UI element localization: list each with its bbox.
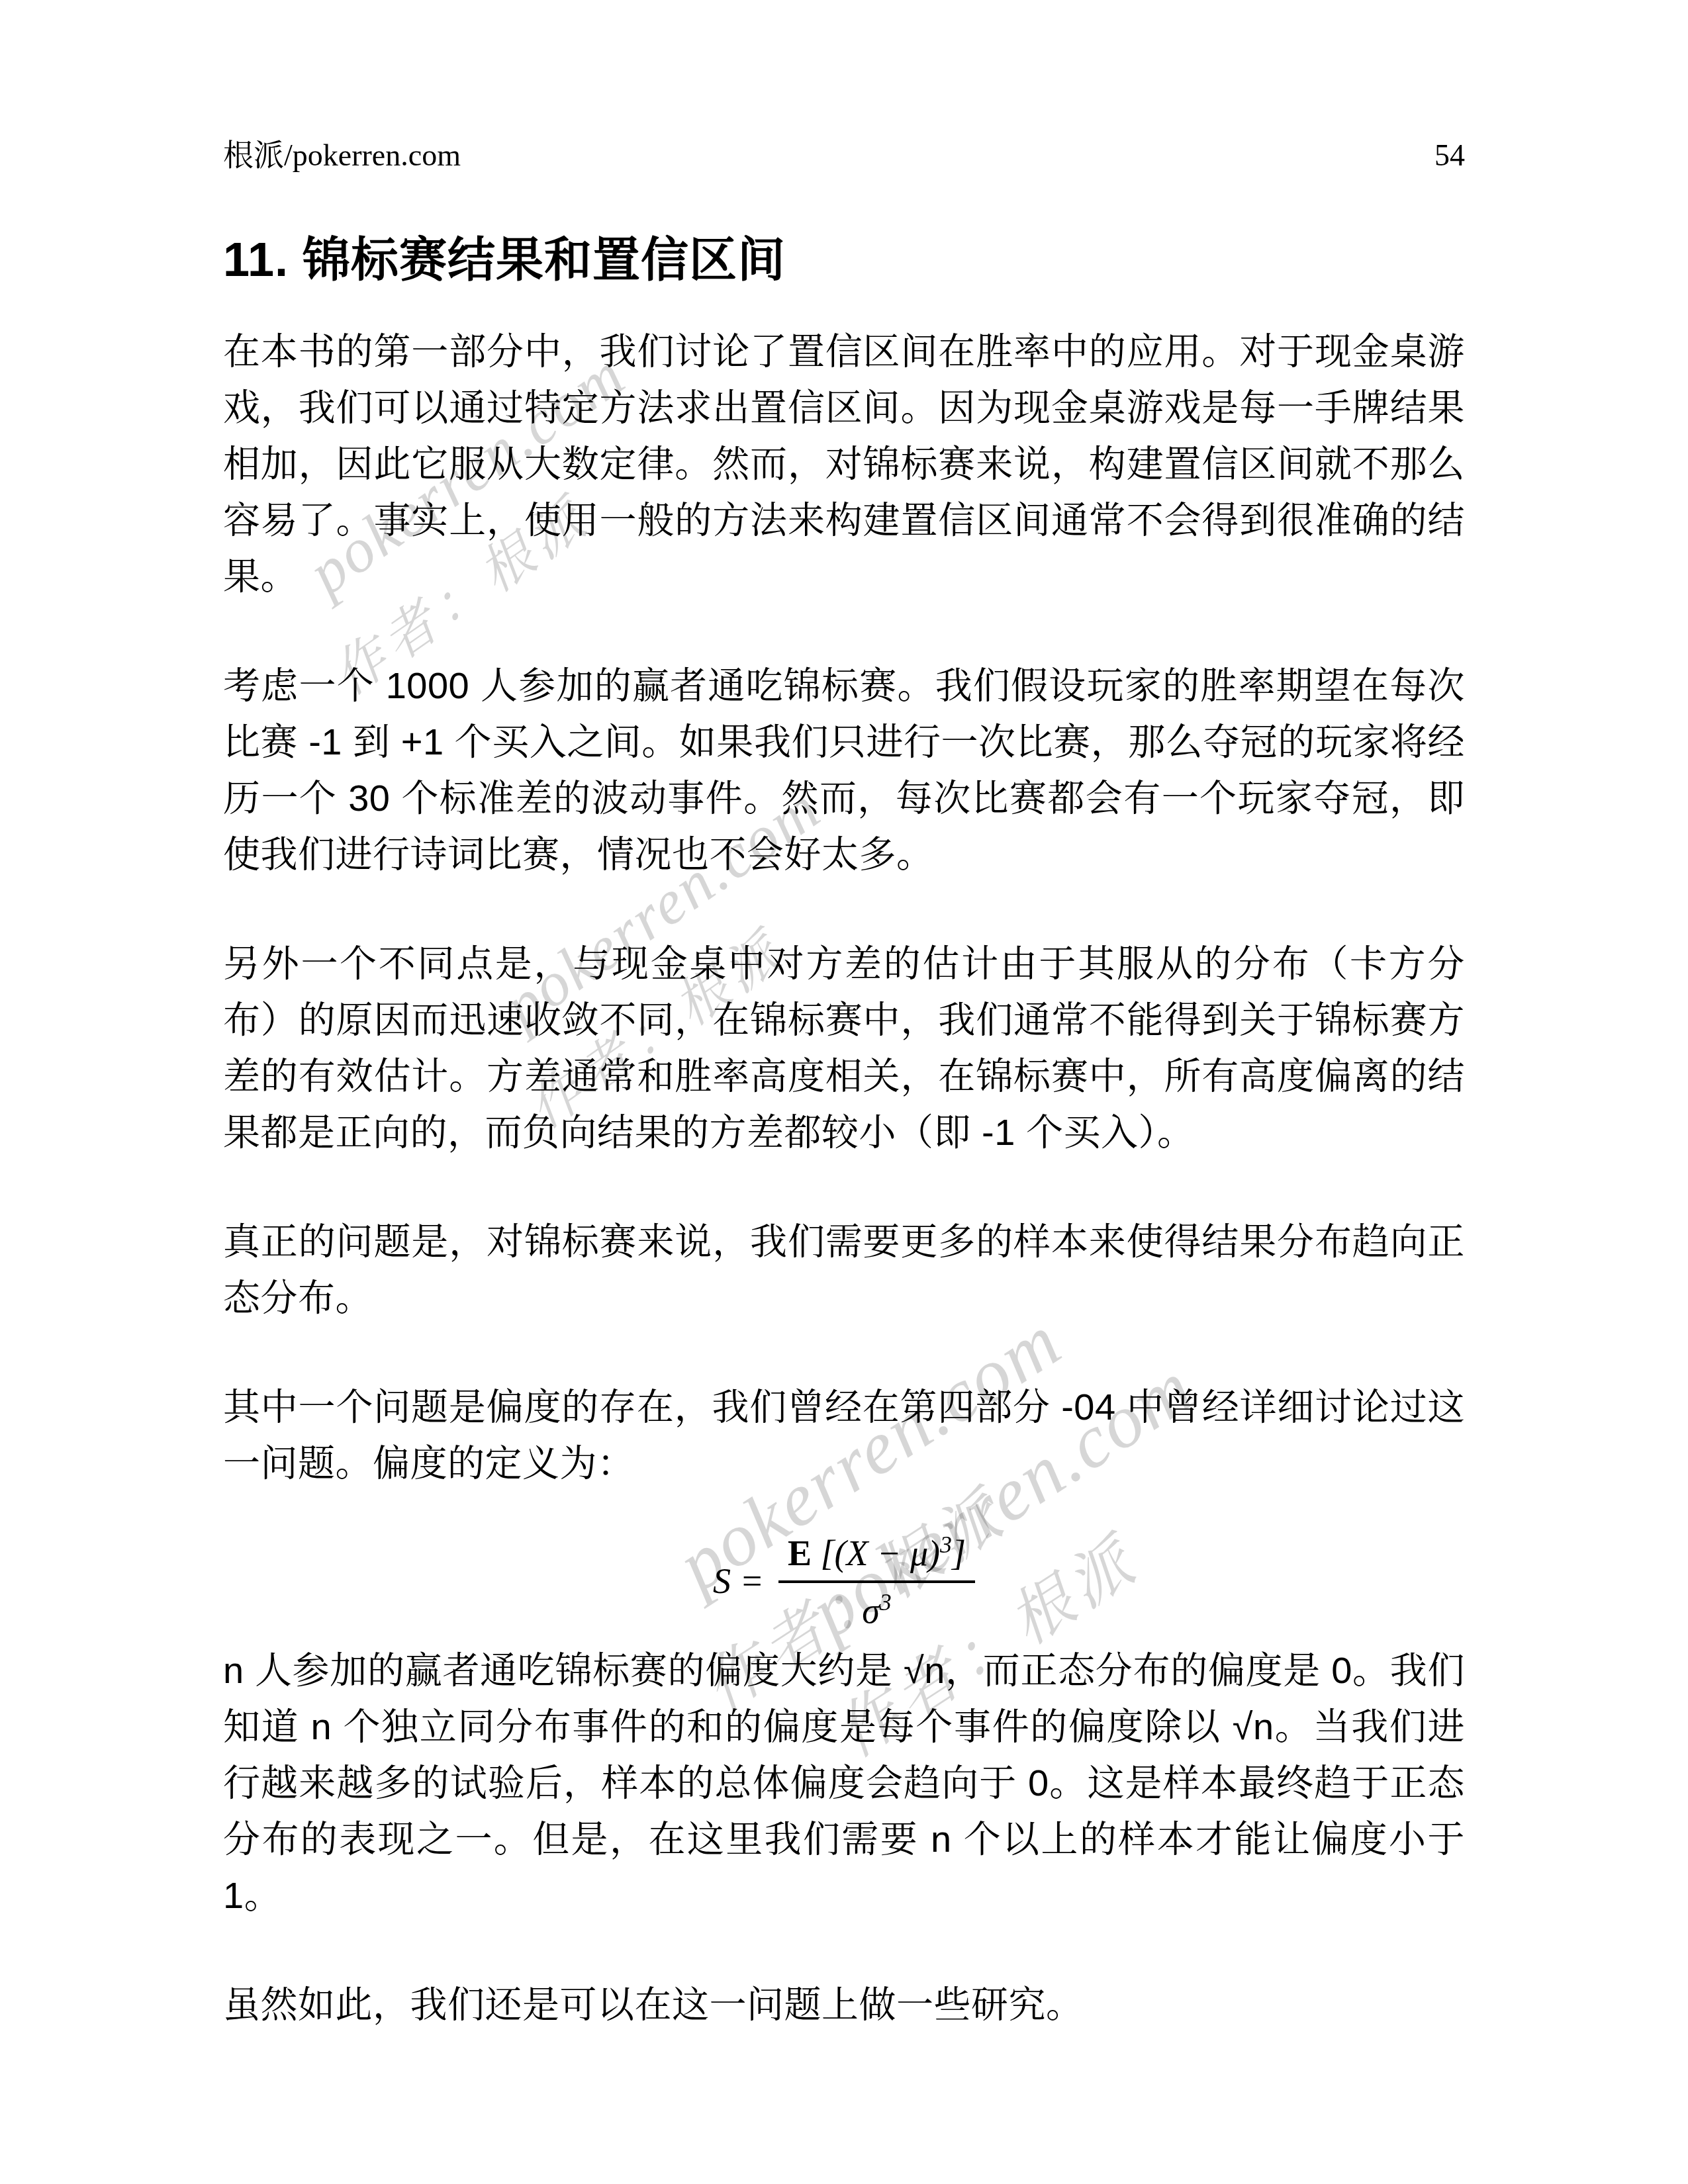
paragraph-skewness-discussion: n 人参加的赢者通吃锦标赛的偏度大约是 √n，而正态分布的偏度是 0。我们知道 … (223, 1642, 1465, 1923)
page-header: 根派/pokerren.com 54 (223, 136, 1465, 175)
formula-denominator-exponent: 3 (880, 1589, 892, 1615)
formula-expectation-symbol: E (788, 1533, 812, 1573)
paragraph-intro: 在本书的第一部分中，我们讨论了置信区间在胜率中的应用。对于现金桌游戏，我们可以通… (223, 323, 1465, 604)
document-page: pokerren.com 作者：根派 pokerren.com 作者：根派 po… (0, 0, 1688, 2184)
formula-denominator: σ3 (778, 1583, 975, 1631)
paragraph-closing: 虽然如此，我们还是可以在这一问题上做一些研究。 (223, 1976, 1465, 2032)
paragraph-sample-size: 真正的问题是，对锦标赛来说，我们需要更多的样本来使得结果分布趋向正态分布。 (223, 1213, 1465, 1326)
paragraph-tournament-example: 考虑一个 1000 人参加的赢者通吃锦标赛。我们假设玩家的胜率期望在每次比赛 -… (223, 657, 1465, 882)
paragraph-skewness-intro: 其中一个问题是偏度的存在，我们曾经在第四部分 -04 中曾经详细讨论过这一问题。… (223, 1379, 1465, 1491)
formula-fraction: E [(X − μ)3]σ3 (778, 1531, 975, 1631)
formula-left-side: S = (713, 1561, 764, 1602)
page-content: 根派/pokerren.com 54 11. 锦标赛结果和置信区间 在本书的第一… (223, 136, 1465, 2032)
paragraph-variance-difference: 另外一个不同点是，与现金桌中对方差的估计由于其服从的分布（卡方分布）的原因而迅速… (223, 935, 1465, 1160)
formula-numerator-body: [(X − μ) (812, 1533, 940, 1573)
formula-numerator: E [(X − μ)3] (778, 1531, 975, 1583)
formula-numerator-exponent: 3 (940, 1531, 952, 1558)
formula-equals-sign: = (739, 1561, 763, 1601)
header-site-label: 根派/pokerren.com (223, 136, 461, 175)
formula-numerator-bracket: ] (952, 1533, 966, 1573)
page-number: 54 (1434, 136, 1465, 175)
skewness-formula: S =E [(X − μ)3]σ3 (223, 1531, 1465, 1631)
formula-symbol-S: S (713, 1561, 731, 1601)
formula-sigma-symbol: σ (862, 1591, 880, 1631)
section-title: 11. 锦标赛结果和置信区间 (223, 232, 1465, 289)
